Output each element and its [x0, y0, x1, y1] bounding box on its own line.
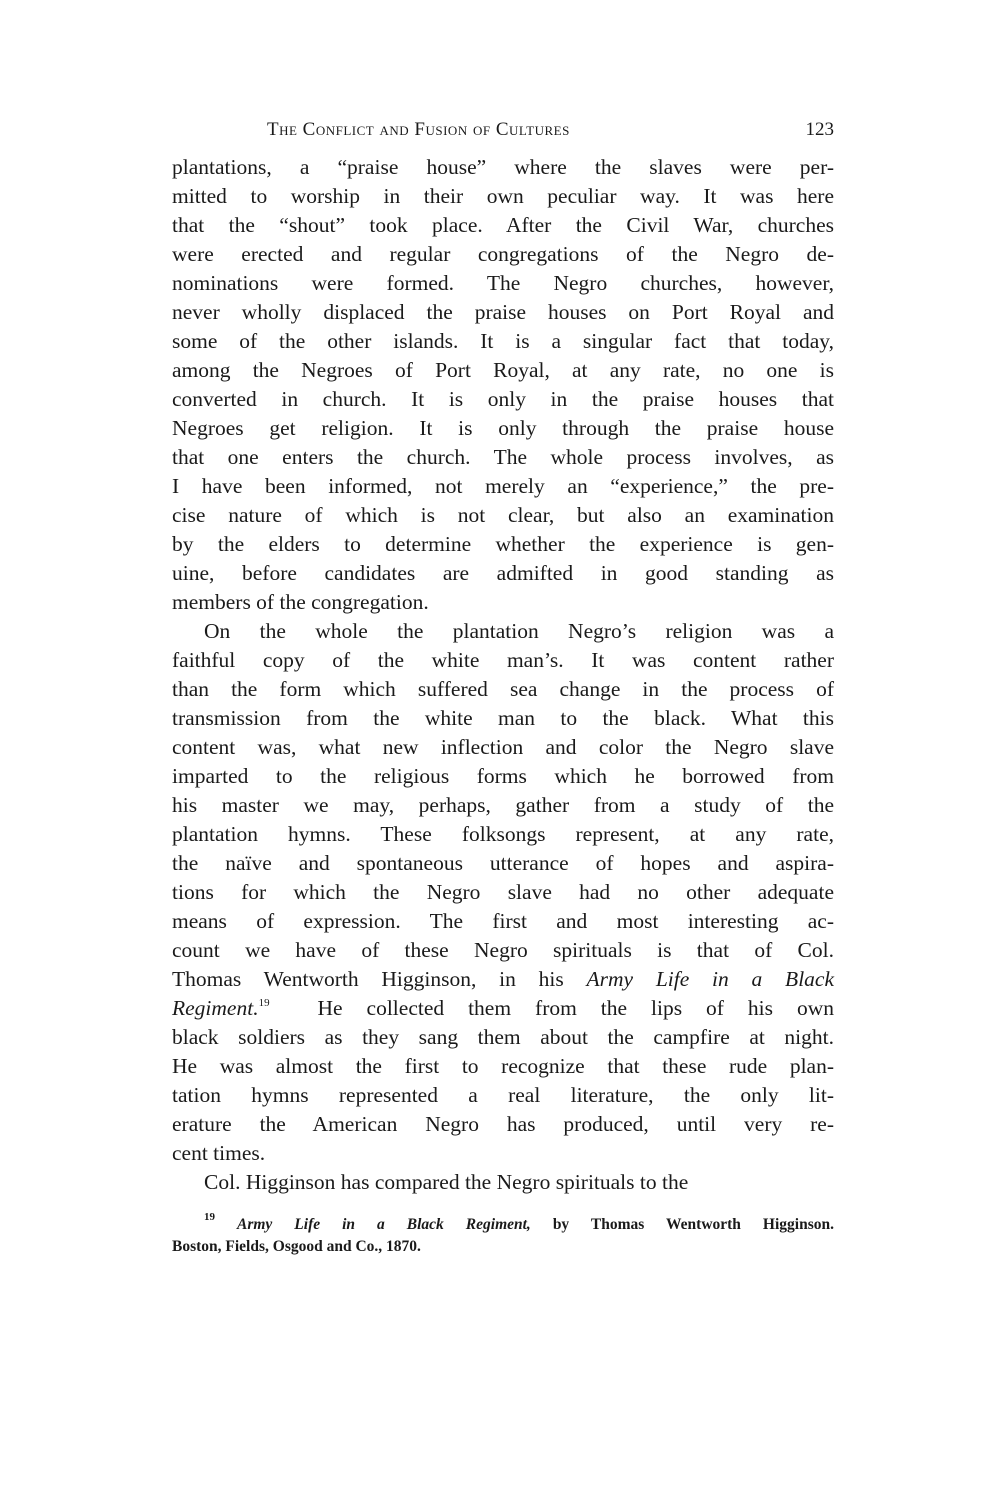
text-line: among the Negroes of Port Royal, at any …	[172, 356, 834, 385]
text-line: converted in church. It is only in the p…	[172, 385, 834, 414]
book-title-italic: Army Life in a Black	[587, 967, 835, 991]
running-title: The Conflict and Fusion of Cultures	[267, 119, 570, 141]
text-line: tation hymns represented a real literatu…	[172, 1081, 834, 1110]
text-line: mitted to worship in their own peculiar …	[172, 182, 834, 211]
text-segment: Thomas Wentworth Higginson, in his	[172, 967, 587, 991]
text-line: content was, what new inflection and col…	[172, 733, 834, 762]
text-line: I have been informed, not merely an “exp…	[172, 472, 834, 501]
paragraph-end-line: members of the congregation.	[172, 588, 834, 617]
text-line: Negroes get religion. It is only through…	[172, 414, 834, 443]
paragraph-start-line: Col. Higginson has compared the Negro sp…	[172, 1168, 834, 1197]
text-line: transmission from the white man to the b…	[172, 704, 834, 733]
text-line: Thomas Wentworth Higginson, in his Army …	[172, 965, 834, 994]
footnote-reference[interactable]: 19	[259, 997, 270, 1009]
text-line: some of the other islands. It is a singu…	[172, 327, 834, 356]
text-line: imparted to the religious forms which he…	[172, 762, 834, 791]
text-line: never wholly displaced the praise houses…	[172, 298, 834, 327]
text-line: Regiment.19 He collected them from the l…	[172, 994, 834, 1023]
text-line: cise nature of which is not clear, but a…	[172, 501, 834, 530]
footnote-line: 19 Army Life in a Black Regiment, by Tho…	[172, 1214, 834, 1236]
text-line: the naïve and spontaneous utterance of h…	[172, 849, 834, 878]
text-line: that one enters the church. The whole pr…	[172, 443, 834, 472]
book-title-italic: Regiment.	[172, 996, 259, 1020]
text-line: tions for which the Negro slave had no o…	[172, 878, 834, 907]
text-line: that the “shout” took place. After the C…	[172, 211, 834, 240]
text-line: count we have of these Negro spirituals …	[172, 936, 834, 965]
book-page: The Conflict and Fusion of Cultures 123 …	[172, 115, 834, 151]
footnote-line: Boston, Fields, Osgood and Co., 1870.	[172, 1236, 834, 1258]
text-line: black soldiers as they sang them about t…	[172, 1023, 834, 1052]
text-line: nominations were formed. The Negro churc…	[172, 269, 834, 298]
text-line: He was almost the first to recognize tha…	[172, 1052, 834, 1081]
text-line: by the elders to determine whether the e…	[172, 530, 834, 559]
paragraph-end-line: cent times.	[172, 1139, 834, 1168]
text-line: means of expression. The first and most …	[172, 907, 834, 936]
text-line: plantation hymns. These folksongs repres…	[172, 820, 834, 849]
text-line: plantations, a “praise house” where the …	[172, 153, 834, 182]
text-segment: He collected them from the lips of his o…	[318, 996, 835, 1020]
body-text: plantations, a “praise house” where the …	[172, 153, 834, 1197]
text-line: his master we may, perhaps, gather from …	[172, 791, 834, 820]
text-line: were erected and regular congregations o…	[172, 240, 834, 269]
text-line: faithful copy of the white man’s. It was…	[172, 646, 834, 675]
text-line: erature the American Negro has produced,…	[172, 1110, 834, 1139]
page-header: The Conflict and Fusion of Cultures 123	[172, 115, 834, 151]
page-number: 123	[806, 119, 835, 141]
footnote: 19 Army Life in a Black Regiment, by Tho…	[172, 1214, 834, 1258]
footnote-book-title: Army Life in a Black Regiment,	[237, 1216, 531, 1233]
paragraph-start-line: On the whole the plantation Negro’s reli…	[172, 617, 834, 646]
text-line: than the form which suffered sea change …	[172, 675, 834, 704]
footnote-text: by Thomas Wentworth Higginson.	[553, 1216, 834, 1233]
text-line: uine, before candidates are admifted in …	[172, 559, 834, 588]
footnote-marker: 19	[204, 1211, 215, 1223]
